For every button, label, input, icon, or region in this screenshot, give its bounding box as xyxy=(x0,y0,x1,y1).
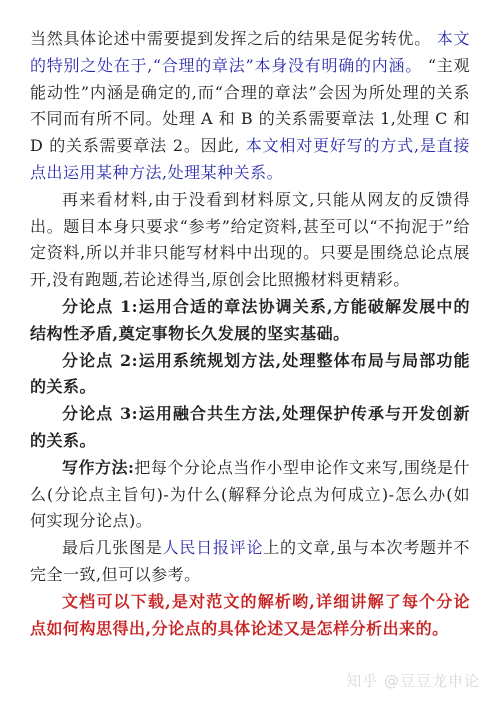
zhihu-watermark: 知乎 @豆豆龙申论 xyxy=(346,668,480,695)
paragraph-point-2: 分论点 2:运用系统规划方法,处理整体布局与局部功能的关系。 xyxy=(30,348,470,402)
paragraph-point-3: 分论点 3:运用融合共生方法,处理保护传承与开发创新的关系。 xyxy=(30,401,470,455)
text-run: 当然具体论述中需要提到发挥之后的结果是促劣转优。 xyxy=(30,29,431,48)
download-note-text: 文档可以下载,是对范文的解析哟,详细讲解了每个分论点如何构思得出,分论点的具体论… xyxy=(30,592,470,638)
people-daily-link: 人民日报评论 xyxy=(163,538,264,557)
paragraph-point-1: 分论点 1:运用合适的章法协调关系,方能破解发展中的结构性矛盾,奠定事物长久发展… xyxy=(30,294,470,348)
writing-method-label: 写作方法: xyxy=(62,458,134,477)
paragraph-writing-method: 写作方法:把每个分论点当作小型申论作文来写,围绕是什么(分论点主旨句)-为什么(… xyxy=(30,455,470,535)
text-run: 最后几张图是 xyxy=(62,538,163,557)
subpoint-2-text: 分论点 2:运用系统规划方法,处理整体布局与局部功能的关系。 xyxy=(30,351,470,397)
paragraph-download-note: 文档可以下载,是对范文的解析哟,详细讲解了每个分论点如何构思得出,分论点的具体论… xyxy=(30,589,470,643)
paragraph-reference: 最后几张图是人民日报评论上的文章,虽与本次考题并不完全一致,但可以参考。 xyxy=(30,535,470,589)
document-page: 当然具体论述中需要提到发挥之后的结果是促劣转优。 本文的特别之处在于,“合理的章… xyxy=(0,0,500,707)
subpoint-1-text: 分论点 1:运用合适的章法协调关系,方能破解发展中的结构性矛盾,奠定事物长久发展… xyxy=(30,297,470,343)
subpoint-3-text: 分论点 3:运用融合共生方法,处理保护传承与开发创新的关系。 xyxy=(30,404,470,450)
text-run: 再来看材料,由于没看到材料原文,只能从网友的反馈得出。题目本身只要求“参考”给定… xyxy=(30,190,470,289)
paragraph-material: 再来看材料,由于没看到材料原文,只能从网友的反馈得出。题目本身只要求“参考”给定… xyxy=(30,187,470,294)
paragraph-intro: 当然具体论述中需要提到发挥之后的结果是促劣转优。 本文的特别之处在于,“合理的章… xyxy=(30,26,470,187)
